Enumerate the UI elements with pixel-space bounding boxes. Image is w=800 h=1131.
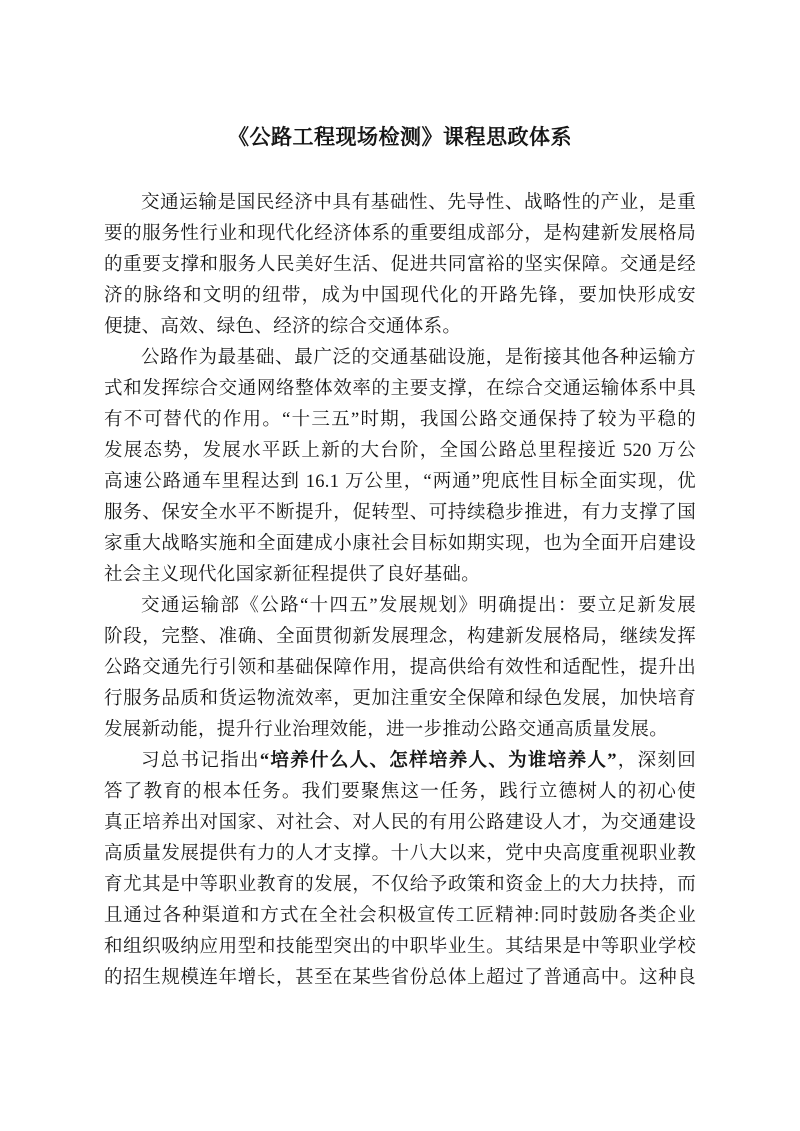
text-run: 服务、保安全水平不断提升，促转型、可持续稳步推进，有力支撑了国: [104, 503, 696, 523]
text-line: 发展态势，发展水平跃上新的大台阶，全国公路总里程接近 520 万公里，: [104, 436, 696, 467]
text-line: 济的脉络和文明的纽带，成为中国现代化的开路先锋，要加快形成安全、: [104, 281, 696, 312]
text-line: 答了教育的根本任务。我们要聚焦这一任务，践行立德树人的初心使命，: [104, 777, 696, 808]
text-line: 的招生规模连年增长，甚至在某些省份总体上超过了普通高中。这种良: [104, 963, 696, 994]
text-run: 且通过各种渠道和方式在全社会积极宣传工匠精神:同时鼓励各类企业: [104, 906, 696, 926]
text-line: 发展新动能，提升行业治理效能，进一步推动公路交通高质量发展。: [104, 715, 696, 746]
text-run: 公路交通先行引领和基础保障作用，提高供给有效性和适配性，提升出: [104, 658, 696, 678]
bold-quote-text: “培养什么人、怎样培养人、为谁培养人”: [260, 751, 617, 771]
text-line: 高速公路通车里程达到 16.1 万公里，“两通”兜底性目标全面实现，优: [104, 467, 696, 498]
text-line: 便捷、高效、绿色、经济的综合交通体系。: [104, 312, 696, 343]
text-line: 育尤其是中等职业教育的发展，不仅给予政策和资金上的大力扶持，而: [104, 870, 696, 901]
text-run: 发展新动能，提升行业治理效能，进一步推动公路交通高质量发展。: [104, 720, 668, 740]
text-run: 交通运输是国民经济中具有基础性、先导性、战略性的产业，是重: [141, 193, 696, 213]
paragraph: 习总书记指出“培养什么人、怎样培养人、为谁培养人”，深刻回答了教育的根本任务。我…: [104, 746, 696, 994]
text-line: 社会主义现代化国家新征程提供了良好基础。: [104, 560, 696, 591]
text-line: 且通过各种渠道和方式在全社会积极宣传工匠精神:同时鼓励各类企业: [104, 901, 696, 932]
text-run: 答了教育的根本任务。我们要聚焦这一任务，践行立德树人的初心使命，: [104, 782, 696, 808]
paragraph: 公路作为最基础、最广泛的交通基础设施，是衔接其他各种运输方式和发挥综合交通网络整…: [104, 343, 696, 591]
text-run: ，深刻回: [617, 751, 696, 771]
text-line: 的重要支撑和服务人民美好生活、促进共同富裕的坚实保障。交通是经: [104, 250, 696, 281]
document-content: 《公路工程现场检测》课程思政体系 交通运输是国民经济中具有基础性、先导性、战略性…: [104, 120, 696, 994]
text-run: 社会主义现代化国家新征程提供了良好基础。: [104, 565, 480, 585]
document-title: 《公路工程现场检测》课程思政体系: [104, 120, 696, 154]
text-run: 和组织吸纳应用型和技能型突出的中职毕业生。其结果是中等职业学校: [104, 937, 696, 957]
text-run: 有不可替代的作用。“十三五”时期，我国公路交通保持了较为平稳的: [104, 410, 696, 430]
text-line: 交通运输部《公路“十四五”发展规划》明确提出：要立足新发展: [104, 591, 696, 622]
text-run: 公路作为最基础、最广泛的交通基础设施，是衔接其他各种运输方: [141, 348, 696, 368]
text-run: 式和发挥综合交通网络整体效率的主要支撑，在综合交通运输体系中具: [104, 379, 696, 399]
text-run: 阶段，完整、准确、全面贯彻新发展理念，构建新发展格局，继续发挥: [104, 627, 696, 647]
text-line: 和组织吸纳应用型和技能型突出的中职毕业生。其结果是中等职业学校: [104, 932, 696, 963]
text-run: 便捷、高效、绿色、经济的综合交通体系。: [104, 317, 461, 337]
text-line: 习总书记指出“培养什么人、怎样培养人、为谁培养人”，深刻回: [104, 746, 696, 777]
text-run: 育尤其是中等职业教育的发展，不仅给予政策和资金上的大力扶持，而: [104, 875, 696, 895]
text-line: 家重大战略实施和全面建成小康社会目标如期实现，也为全面开启建设: [104, 529, 696, 560]
text-run: 交通运输部《公路“十四五”发展规划》明确提出：要立足新发展: [141, 596, 696, 616]
text-run: 发展态势，发展水平跃上新的大台阶，全国公路总里程接近 520 万公里，: [104, 441, 696, 467]
text-run: 济的脉络和文明的纽带，成为中国现代化的开路先锋，要加快形成安全、: [104, 286, 696, 312]
text-line: 有不可替代的作用。“十三五”时期，我国公路交通保持了较为平稳的: [104, 405, 696, 436]
text-run: 要的服务性行业和现代化经济体系的重要组成部分，是构建新发展格局: [104, 224, 696, 244]
text-run: 行服务品质和货运物流效率，更加注重安全保障和绿色发展，加快培育: [104, 689, 696, 709]
document-page: 《公路工程现场检测》课程思政体系 交通运输是国民经济中具有基础性、先导性、战略性…: [0, 0, 800, 1131]
text-run: 的招生规模连年增长，甚至在某些省份总体上超过了普通高中。这种良: [104, 968, 696, 988]
text-line: 公路作为最基础、最广泛的交通基础设施，是衔接其他各种运输方: [104, 343, 696, 374]
document-body: 交通运输是国民经济中具有基础性、先导性、战略性的产业，是重要的服务性行业和现代化…: [104, 188, 696, 994]
text-run: 高速公路通车里程达到 16.1 万公里，“两通”兜底性目标全面实现，优: [104, 472, 696, 492]
text-line: 行服务品质和货运物流效率，更加注重安全保障和绿色发展，加快培育: [104, 684, 696, 715]
text-run: 习总书记指出: [141, 751, 260, 771]
text-run: 的重要支撑和服务人民美好生活、促进共同富裕的坚实保障。交通是经: [104, 255, 696, 275]
text-line: 真正培养出对国家、对社会、对人民的有用公路建设人才，为交通建设: [104, 808, 696, 839]
text-run: 真正培养出对国家、对社会、对人民的有用公路建设人才，为交通建设: [104, 813, 696, 833]
text-line: 要的服务性行业和现代化经济体系的重要组成部分，是构建新发展格局: [104, 219, 696, 250]
text-line: 公路交通先行引领和基础保障作用，提高供给有效性和适配性，提升出: [104, 653, 696, 684]
text-line: 交通运输是国民经济中具有基础性、先导性、战略性的产业，是重: [104, 188, 696, 219]
text-line: 阶段，完整、准确、全面贯彻新发展理念，构建新发展格局，继续发挥: [104, 622, 696, 653]
text-run: 家重大战略实施和全面建成小康社会目标如期实现，也为全面开启建设: [104, 534, 696, 554]
paragraph: 交通运输部《公路“十四五”发展规划》明确提出：要立足新发展阶段，完整、准确、全面…: [104, 591, 696, 746]
text-line: 高质量发展提供有力的人才支撑。十八大以来，党中央高度重视职业教: [104, 839, 696, 870]
paragraph: 交通运输是国民经济中具有基础性、先导性、战略性的产业，是重要的服务性行业和现代化…: [104, 188, 696, 343]
text-line: 服务、保安全水平不断提升，促转型、可持续稳步推进，有力支撑了国: [104, 498, 696, 529]
text-run: 高质量发展提供有力的人才支撑。十八大以来，党中央高度重视职业教: [104, 844, 696, 864]
text-line: 式和发挥综合交通网络整体效率的主要支撑，在综合交通运输体系中具: [104, 374, 696, 405]
